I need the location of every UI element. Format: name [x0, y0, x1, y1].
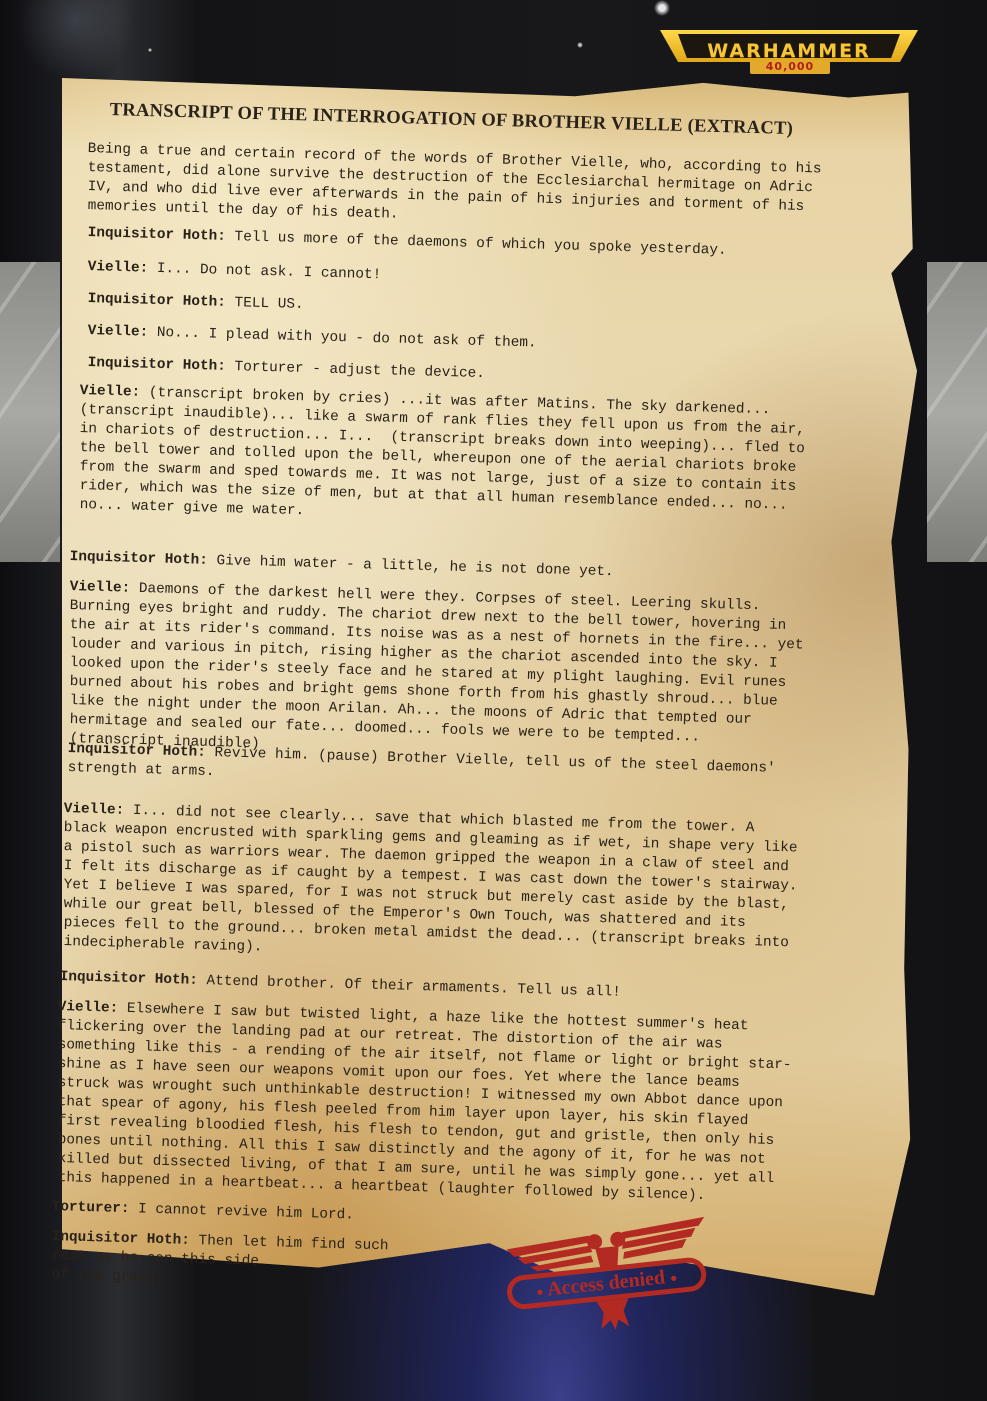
- line-text: indecipherable raving).: [64, 934, 263, 956]
- dialogue-entry: Inquisitor Hoth: TELL US.: [88, 290, 304, 309]
- logo-subtitle: 40,000: [750, 60, 830, 74]
- dialogue-entry: Inquisitor Hoth: Revive him. (pause) Bro…: [68, 740, 776, 778]
- dialogue-entry: Inquisitor Hoth: Attend brother. Of thei…: [60, 968, 621, 987]
- speaker-name: Inquisitor Hoth:: [88, 291, 227, 311]
- speaker-name: Vielle:: [58, 999, 119, 1017]
- dialogue-entry: Inquisitor Hoth: Torturer - adjust the d…: [88, 354, 485, 373]
- line-text: I cannot revive him Lord.: [138, 1201, 354, 1223]
- dialogue-entry: Inquisitor Hoth: Then let him find suchr…: [52, 1228, 389, 1285]
- dialogue-entry: Torturer: I cannot revive him Lord.: [52, 1198, 354, 1217]
- speaker-name: Inquisitor Hoth:: [52, 1229, 191, 1249]
- eagle-tail-icon: [593, 1298, 636, 1332]
- metal-plate-right: [927, 262, 987, 562]
- speaker-name: Vielle:: [70, 579, 131, 597]
- line-text: strength at arms.: [68, 760, 215, 780]
- speaker-name: Inquisitor Hoth:: [88, 355, 227, 375]
- speaker-name: Torturer:: [52, 1199, 130, 1217]
- line-text: no... water give me water.: [80, 497, 305, 519]
- dialogue-entry: Vielle: I... Do not ask. I cannot!: [88, 258, 382, 277]
- dialogue-entry: Vielle: (transcript broken by cries) ...…: [80, 382, 805, 515]
- stamp-text: Access denied: [546, 1266, 666, 1300]
- dialogue-entry: Inquisitor Hoth: Give him water - a litt…: [70, 548, 614, 567]
- metal-plate-left: [0, 262, 60, 562]
- dialogue-entry: Vielle: I... did not see clearly... save…: [64, 800, 798, 952]
- speaker-name: Vielle:: [88, 259, 149, 277]
- warhammer-logo: WARHAMMER 40,000: [660, 26, 918, 74]
- dialogue-entry: Vielle: Daemons of the darkest hell were…: [70, 578, 804, 749]
- speaker-name: Inquisitor Hoth:: [60, 969, 199, 989]
- speaker-name: Inquisitor Hoth:: [70, 549, 209, 569]
- dialogue-entry: Vielle: No... I plead with you - do not …: [88, 322, 537, 341]
- speaker-name: Vielle:: [64, 801, 125, 819]
- speaker-name: Inquisitor Hoth:: [68, 741, 207, 761]
- speaker-name: Inquisitor Hoth:: [88, 225, 227, 245]
- line-text: I... Do not ask. I cannot!: [157, 261, 382, 283]
- dialogue-entry: Inquisitor Hoth: Tell us more of the dae…: [88, 224, 727, 243]
- speaker-name: Vielle:: [80, 383, 141, 401]
- intro-paragraph: Being a true and certain record of the w…: [88, 140, 822, 216]
- logo-plate: WARHAMMER: [678, 34, 900, 58]
- line-text: of the grave.: [52, 1267, 165, 1286]
- speaker-name: Vielle:: [88, 323, 149, 341]
- dialogue-entry: Vielle: Elsewhere I saw but twisted ligh…: [58, 998, 792, 1188]
- line-text: TELL US.: [234, 295, 304, 313]
